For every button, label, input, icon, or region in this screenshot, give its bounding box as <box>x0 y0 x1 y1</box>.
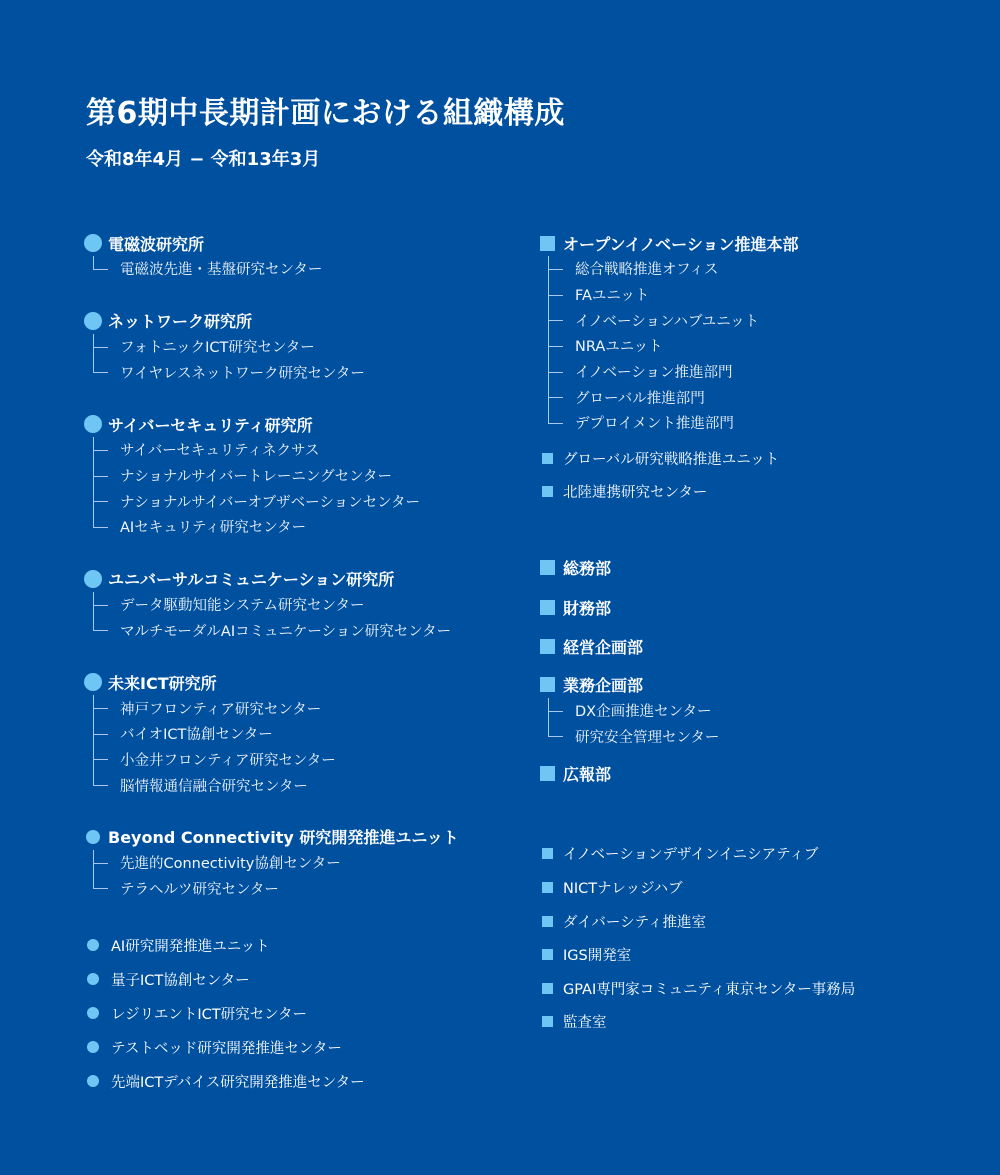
center-name: DX企画推進センター <box>575 700 712 721</box>
institute-children: 神戸フロンティア研究センター バイオICT協創センター 小金井フロンティア研究セ… <box>93 695 524 798</box>
open-innovation-group: オープンイノベーション推進本部 総合戦略推進オフィス FAユニット イノベーショ… <box>539 230 979 436</box>
office-name: 監査室 <box>563 1011 607 1032</box>
sub-unit-name: NRAユニット <box>575 335 663 356</box>
square-marker-icon <box>540 766 555 781</box>
department-header: 経営企画部 <box>539 627 979 666</box>
center-name: マルチモーダルAIコミュニケーション研究センター <box>120 620 451 641</box>
sub-unit-item: イノベーション推進部門 <box>548 359 979 385</box>
institute-group: ネットワーク研究所 フォトニックICT研究センター ワイヤレスネットワーク研究セ… <box>84 308 524 385</box>
page-title: 第6期中長期計画における組織構成 <box>86 88 565 132</box>
unit-name: 量子ICT協創センター <box>111 969 250 990</box>
institute-children: データ駆動知能システム研究センター マルチモーダルAIコミュニケーション研究セン… <box>93 592 524 643</box>
square-marker-icon <box>542 486 553 497</box>
center-name: バイオICT協創センター <box>120 723 273 744</box>
department-header: 財務部 <box>539 588 979 627</box>
standalone-units: AI研究開発推進ユニット 量子ICT協創センター レジリエントICT研究センター… <box>84 928 524 1098</box>
institute-name: ユニバーサルコミュニケーション研究所 <box>108 567 394 590</box>
center-item: フォトニックICT研究センター <box>93 334 524 360</box>
square-marker-icon <box>542 983 553 994</box>
institute-group: Beyond Connectivity 研究開発推進ユニット 先進的Connec… <box>84 824 524 901</box>
departments: 総務部 財務部 経営企画部 業務企画部 DX企画推進センター 研究安全管理センタ… <box>539 548 979 797</box>
center-item: DX企画推進センター <box>548 698 979 724</box>
sub-unit-item: 総合戦略推進オフィス <box>548 256 979 282</box>
headquarters-column: オープンイノベーション推進本部 総合戦略推進オフィス FAユニット イノベーショ… <box>539 230 979 1039</box>
center-name: 研究安全管理センター <box>575 726 719 747</box>
department-header: 総務部 <box>539 548 979 588</box>
center-name: 神戸フロンティア研究センター <box>120 698 321 719</box>
department-name: 業務企画部 <box>563 673 643 696</box>
circle-marker-icon <box>87 1075 99 1087</box>
open-innovation-children: 総合戦略推進オフィス FAユニット イノベーションハブユニット NRAユニット … <box>548 256 979 436</box>
center-item: テラヘルツ研究センター <box>93 876 524 902</box>
circle-marker-icon <box>84 312 102 330</box>
square-marker-icon <box>540 639 555 654</box>
department-children: DX企画推進センター 研究安全管理センター <box>548 698 979 749</box>
department-name: 広報部 <box>563 762 611 785</box>
institute-name: サイバーセキュリティ研究所 <box>108 413 313 436</box>
department-group: 業務企画部 DX企画推進センター 研究安全管理センター <box>539 672 979 749</box>
sub-unit-name: イノベーションハブユニット <box>575 310 759 331</box>
institute-header: Beyond Connectivity 研究開発推進ユニット <box>84 824 524 850</box>
institute-group: サイバーセキュリティ研究所 サイバーセキュリティネクサス ナショナルサイバートレ… <box>84 411 524 540</box>
standalone-unit: レジリエントICT研究センター <box>84 996 524 1030</box>
sub-unit-name: イノベーション推進部門 <box>575 361 732 382</box>
center-item: ワイヤレスネットワーク研究センター <box>93 359 524 385</box>
circle-marker-icon <box>87 939 99 951</box>
open-innovation-header: オープンイノベーション推進本部 <box>539 230 979 256</box>
center-item: バイオICT協創センター <box>93 721 524 747</box>
center-item: 電磁波先進・基盤研究センター <box>93 256 524 282</box>
center-item: 脳情報通信融合研究センター <box>93 772 524 798</box>
center-item: 小金井フロンティア研究センター <box>93 747 524 773</box>
circle-marker-icon <box>87 973 99 985</box>
center-item: データ駆動知能システム研究センター <box>93 592 524 618</box>
institute-group: 電磁波研究所 電磁波先進・基盤研究センター <box>84 230 524 282</box>
sub-unit-item: デプロイメント推進部門 <box>548 410 979 436</box>
center-item: ナショナルサイバートレーニングセンター <box>93 463 524 489</box>
center-name: ワイヤレスネットワーク研究センター <box>120 362 365 383</box>
institute-header: ネットワーク研究所 <box>84 308 524 334</box>
sub-unit-item: イノベーションハブユニット <box>548 307 979 333</box>
office-item: 監査室 <box>539 1005 979 1039</box>
innovation-units: グローバル研究戦略推進ユニット 北陸連携研究センター <box>539 442 979 508</box>
unit-item: 北陸連携研究センター <box>539 475 979 508</box>
square-marker-icon <box>540 600 555 615</box>
institute-name: 未来ICT研究所 <box>108 671 217 694</box>
center-name: ナショナルサイバーオブザベーションセンター <box>120 491 420 512</box>
square-marker-icon <box>540 560 555 575</box>
center-item: マルチモーダルAIコミュニケーション研究センター <box>93 618 524 644</box>
standalone-unit: AI研究開発推進ユニット <box>84 928 524 962</box>
period-subtitle: 令和8年4月 − 令和13年3月 <box>86 145 320 171</box>
square-marker-icon <box>542 882 553 893</box>
open-innovation-name: オープンイノベーション推進本部 <box>563 232 799 255</box>
circle-marker-icon <box>84 415 102 433</box>
center-name: AIセキュリティ研究センター <box>120 516 306 537</box>
center-item: 神戸フロンティア研究センター <box>93 695 524 721</box>
square-marker-icon <box>542 1016 553 1027</box>
center-name: 先進的Connectivity協創センター <box>120 852 341 873</box>
office-name: ダイバーシティ推進室 <box>563 911 706 932</box>
center-item: 先進的Connectivity協創センター <box>93 850 524 876</box>
research-institutes-column: 電磁波研究所 電磁波先進・基盤研究センター ネットワーク研究所 フォトニックIC… <box>84 230 524 1098</box>
square-marker-icon <box>542 453 553 464</box>
circle-marker-icon <box>87 1041 99 1053</box>
circle-marker-icon <box>84 570 102 588</box>
center-item: ナショナルサイバーオブザベーションセンター <box>93 488 524 514</box>
institute-children: サイバーセキュリティネクサス ナショナルサイバートレーニングセンター ナショナル… <box>93 437 524 540</box>
sub-unit-name: グローバル推進部門 <box>575 387 705 408</box>
sub-unit-name: FAユニット <box>575 284 649 305</box>
center-name: フォトニックICT研究センター <box>120 336 315 357</box>
center-name: テラヘルツ研究センター <box>120 878 279 899</box>
institute-children: 先進的Connectivity協創センター テラヘルツ研究センター <box>93 850 524 901</box>
center-item: AIセキュリティ研究センター <box>93 514 524 540</box>
institute-header: ユニバーサルコミュニケーション研究所 <box>84 566 524 592</box>
square-marker-icon <box>540 677 555 692</box>
institute-group: 未来ICT研究所 神戸フロンティア研究センター バイオICT協創センター 小金井… <box>84 669 524 798</box>
sub-unit-item: グローバル推進部門 <box>548 384 979 410</box>
institute-header: 電磁波研究所 <box>84 230 524 256</box>
square-marker-icon <box>540 236 555 251</box>
department-name: 財務部 <box>563 596 611 619</box>
institute-children: フォトニックICT研究センター ワイヤレスネットワーク研究センター <box>93 334 524 385</box>
square-marker-icon <box>542 949 553 960</box>
sub-unit-name: デプロイメント推進部門 <box>575 412 734 433</box>
department-header: 業務企画部 <box>539 672 979 698</box>
department-header: 広報部 <box>539 749 979 797</box>
sub-unit-item: NRAユニット <box>548 333 979 359</box>
department-name: 総務部 <box>563 556 611 579</box>
institute-name: Beyond Connectivity 研究開発推進ユニット <box>108 825 459 848</box>
sub-unit-item: FAユニット <box>548 282 979 308</box>
unit-name: グローバル研究戦略推進ユニット <box>563 448 779 469</box>
center-name: 脳情報通信融合研究センター <box>120 775 308 796</box>
institute-header: 未来ICT研究所 <box>84 669 524 695</box>
institute-name: 電磁波研究所 <box>108 232 204 255</box>
office-item: イノベーションデザインイニシアティブ <box>539 837 979 871</box>
institute-name: ネットワーク研究所 <box>108 309 252 332</box>
office-item: GPAI専門家コミュニティ東京センター事務局 <box>539 972 979 1006</box>
institute-header: サイバーセキュリティ研究所 <box>84 411 524 437</box>
unit-name: 北陸連携研究センター <box>563 481 707 502</box>
office-name: NICTナレッジハブ <box>563 877 683 898</box>
square-marker-icon <box>542 848 553 859</box>
square-marker-icon <box>542 916 553 927</box>
department-name: 経営企画部 <box>563 635 643 658</box>
offices: イノベーションデザインイニシアティブ NICTナレッジハブ ダイバーシティ推進室… <box>539 837 979 1039</box>
standalone-unit: テストベッド研究開発推進センター <box>84 1030 524 1064</box>
center-name: サイバーセキュリティネクサス <box>120 439 319 460</box>
circle-marker-icon <box>86 830 100 844</box>
office-item: IGS開発室 <box>539 938 979 972</box>
standalone-unit: 先端ICTデバイス研究開発推進センター <box>84 1064 524 1098</box>
sub-unit-name: 総合戦略推進オフィス <box>575 258 718 279</box>
circle-marker-icon <box>87 1007 99 1019</box>
circle-marker-icon <box>84 234 102 252</box>
standalone-unit: 量子ICT協創センター <box>84 962 524 996</box>
institute-group: ユニバーサルコミュニケーション研究所 データ駆動知能システム研究センター マルチ… <box>84 566 524 643</box>
center-name: 電磁波先進・基盤研究センター <box>120 258 322 279</box>
center-item: サイバーセキュリティネクサス <box>93 437 524 463</box>
office-name: GPAI専門家コミュニティ東京センター事務局 <box>563 978 855 999</box>
center-name: データ駆動知能システム研究センター <box>120 594 364 615</box>
center-name: ナショナルサイバートレーニングセンター <box>120 465 392 486</box>
unit-item: グローバル研究戦略推進ユニット <box>539 442 979 475</box>
center-name: 小金井フロンティア研究センター <box>120 749 336 770</box>
unit-name: 先端ICTデバイス研究開発推進センター <box>111 1071 365 1092</box>
office-name: イノベーションデザインイニシアティブ <box>563 843 819 864</box>
institute-children: 電磁波先進・基盤研究センター <box>93 256 524 282</box>
office-item: NICTナレッジハブ <box>539 871 979 905</box>
office-name: IGS開発室 <box>563 944 631 965</box>
office-item: ダイバーシティ推進室 <box>539 904 979 938</box>
unit-name: テストベッド研究開発推進センター <box>111 1037 342 1058</box>
center-item: 研究安全管理センター <box>548 724 979 750</box>
unit-name: レジリエントICT研究センター <box>111 1003 307 1024</box>
unit-name: AI研究開発推進ユニット <box>111 935 270 956</box>
circle-marker-icon <box>84 673 102 691</box>
